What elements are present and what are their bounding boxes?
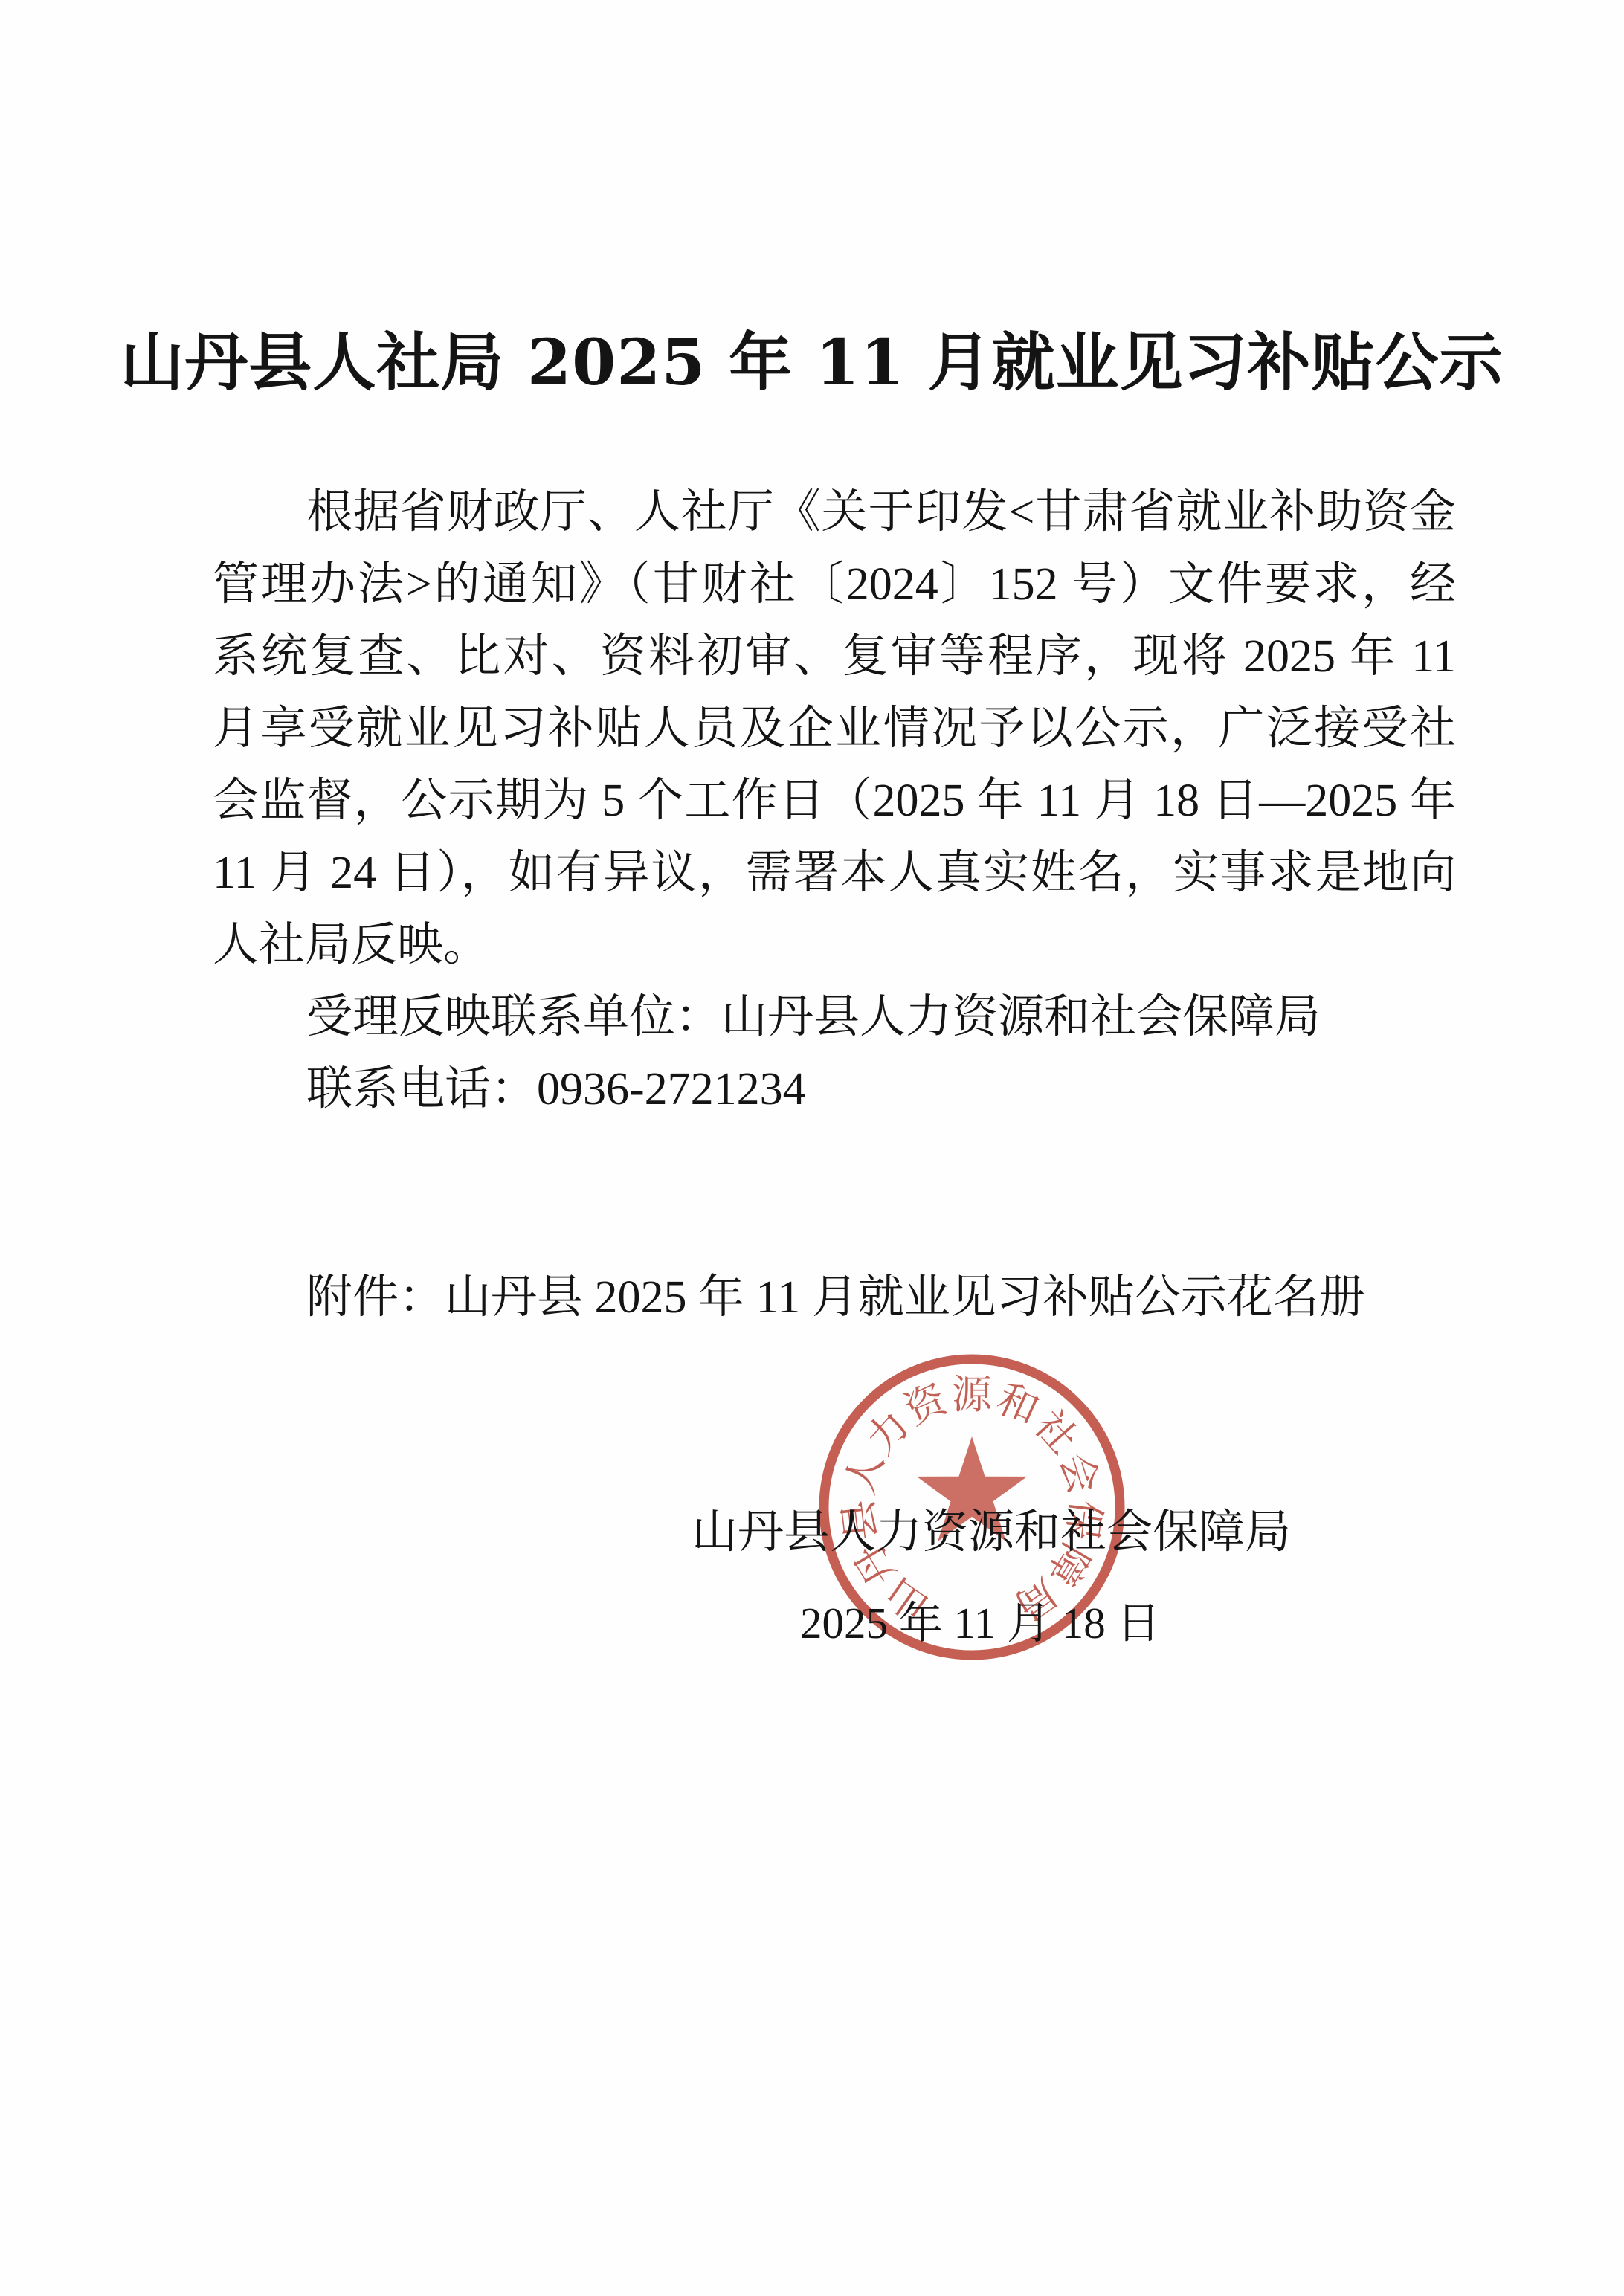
contact-phone-line: 联系电话：0936-2721234	[213, 1054, 1456, 1126]
body-line: 月享受就业见习补贴人员及企业情况予以公示，广泛接受社	[213, 693, 1456, 765]
signature-date: 2025 年 11 月 18 日	[800, 1600, 1161, 1647]
seal-arc-char: 源	[952, 1373, 993, 1417]
body-text-block: 根据省财政厅、人社厅《关于印发<甘肃省就业补助资金 管理办法>的通知》（甘财社〔…	[213, 477, 1456, 1126]
attachment-line: 附件：山丹县 2025 年 11 月就业见习补贴公示花名册	[213, 1262, 1365, 1334]
body-line: 系统复查、比对、资料初审、复审等程序，现将 2025 年 11	[213, 621, 1456, 693]
body-line: 11 月 24 日），如有异议，需署本人真实姓名，实事求是地向	[213, 837, 1456, 909]
body-line: 根据省财政厅、人社厅《关于印发<甘肃省就业补助资金	[213, 477, 1456, 549]
body-line: 会监督，公示期为 5 个工作日（2025 年 11 月 18 日—2025 年	[213, 765, 1456, 837]
body-line: 管理办法>的通知》（甘财社〔2024〕152 号）文件要求，经	[213, 549, 1456, 621]
document-title: 山丹县人社局 2025 年 11 月就业见习补贴公示	[0, 312, 1624, 403]
body-line: 人社局反映。	[213, 909, 1456, 981]
signature-org: 山丹县人力资源和社会保障局	[692, 1508, 1291, 1557]
document-page: 山丹县人社局 2025 年 11 月就业见习补贴公示 根据省财政厅、人社厅《关于…	[0, 0, 1624, 2296]
contact-unit-line: 受理反映联系单位：山丹县人力资源和社会保障局	[213, 981, 1456, 1054]
